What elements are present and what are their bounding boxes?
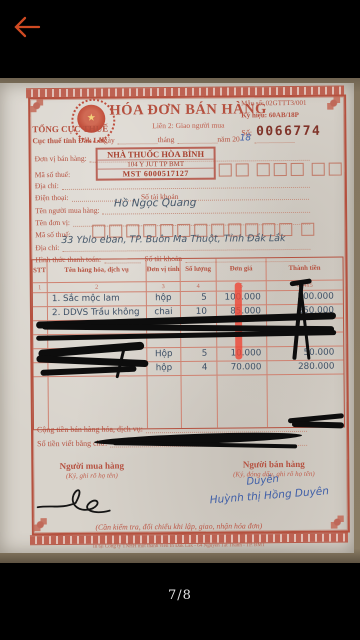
back-button[interactable] bbox=[12, 14, 46, 44]
row-total: 500.000 bbox=[267, 291, 343, 306]
row-qty: 5 bbox=[181, 292, 217, 306]
col-header-unit: Đơn vị tính bbox=[147, 259, 181, 282]
col-index: 3 bbox=[147, 282, 181, 292]
page-indicator: 7/8 bbox=[0, 588, 360, 603]
col-header-name: Tên hàng hóa, dịch vụ bbox=[48, 259, 147, 283]
col-header-qty: Số lượng bbox=[181, 259, 217, 282]
row-qty: 4 bbox=[181, 362, 217, 376]
seller-tax-boxes bbox=[219, 163, 344, 177]
row-qty: 5 bbox=[181, 348, 217, 362]
corner-ornament bbox=[327, 97, 340, 110]
col-header-price: Đơn giá bbox=[217, 258, 267, 281]
row-unit: hộp bbox=[147, 362, 181, 376]
buyer-signature-title: Người mua hàng bbox=[29, 460, 154, 471]
buyer-address-value: 33 Yblo eban, TP. Buôn Ma Thuột, Tỉnh Đắ… bbox=[61, 233, 285, 246]
row-name: 1. Sắc mộc lam bbox=[48, 292, 147, 307]
corner-ornament bbox=[331, 516, 344, 529]
photo-viewer-screen: ★ TỔNG CỤC THUẾ Cục thuế tỉnh Đắk Lắk HÓ… bbox=[0, 0, 360, 640]
seller-signature-title: Người bán hàng bbox=[206, 459, 341, 470]
back-arrow-icon bbox=[12, 27, 42, 44]
row-unit: hộp bbox=[147, 292, 181, 306]
row-total: 280.000 bbox=[267, 361, 343, 376]
form-number: Mẫu số: 02GTTT3/001 bbox=[241, 99, 306, 108]
row-stt bbox=[33, 293, 48, 307]
row-price: 70.000 bbox=[217, 361, 267, 375]
buyer-name-value: Hồ Ngọc Quang bbox=[114, 197, 196, 210]
corner-ornament bbox=[30, 99, 43, 112]
col-header-stt: STT bbox=[33, 260, 48, 283]
row-stt bbox=[33, 307, 48, 321]
col-index: 1 bbox=[33, 283, 48, 293]
stamp-mst: MST 6000517127 bbox=[98, 169, 214, 179]
col-index: 4 bbox=[181, 282, 217, 292]
printer-note: In tại Công ty TNHH một thành viên In Đắ… bbox=[46, 542, 313, 549]
row-unit: Hộp bbox=[147, 348, 181, 362]
seller-tax-line: Mã số thuế: bbox=[35, 169, 95, 180]
col-header-total: Thành tiền bbox=[267, 258, 343, 282]
serial-number: Ký hiệu: 60AB/18P bbox=[241, 111, 299, 120]
handwritten-year: 18 bbox=[240, 133, 252, 143]
buyer-signature-scribble bbox=[31, 482, 131, 524]
buyer-signature-note: (Ký, ghi rõ họ tên) bbox=[29, 471, 154, 480]
date-line: Ngày tháng năm 20 18 bbox=[98, 133, 313, 145]
invoice-photo[interactable]: ★ TỔNG CỤC THUẾ Cục thuế tỉnh Đắk Lắk HÓ… bbox=[0, 78, 360, 563]
seller-stamp: NHÀ THUỐC HÒA BÌNH 104 Y JUT TP BMT MST … bbox=[96, 147, 216, 181]
